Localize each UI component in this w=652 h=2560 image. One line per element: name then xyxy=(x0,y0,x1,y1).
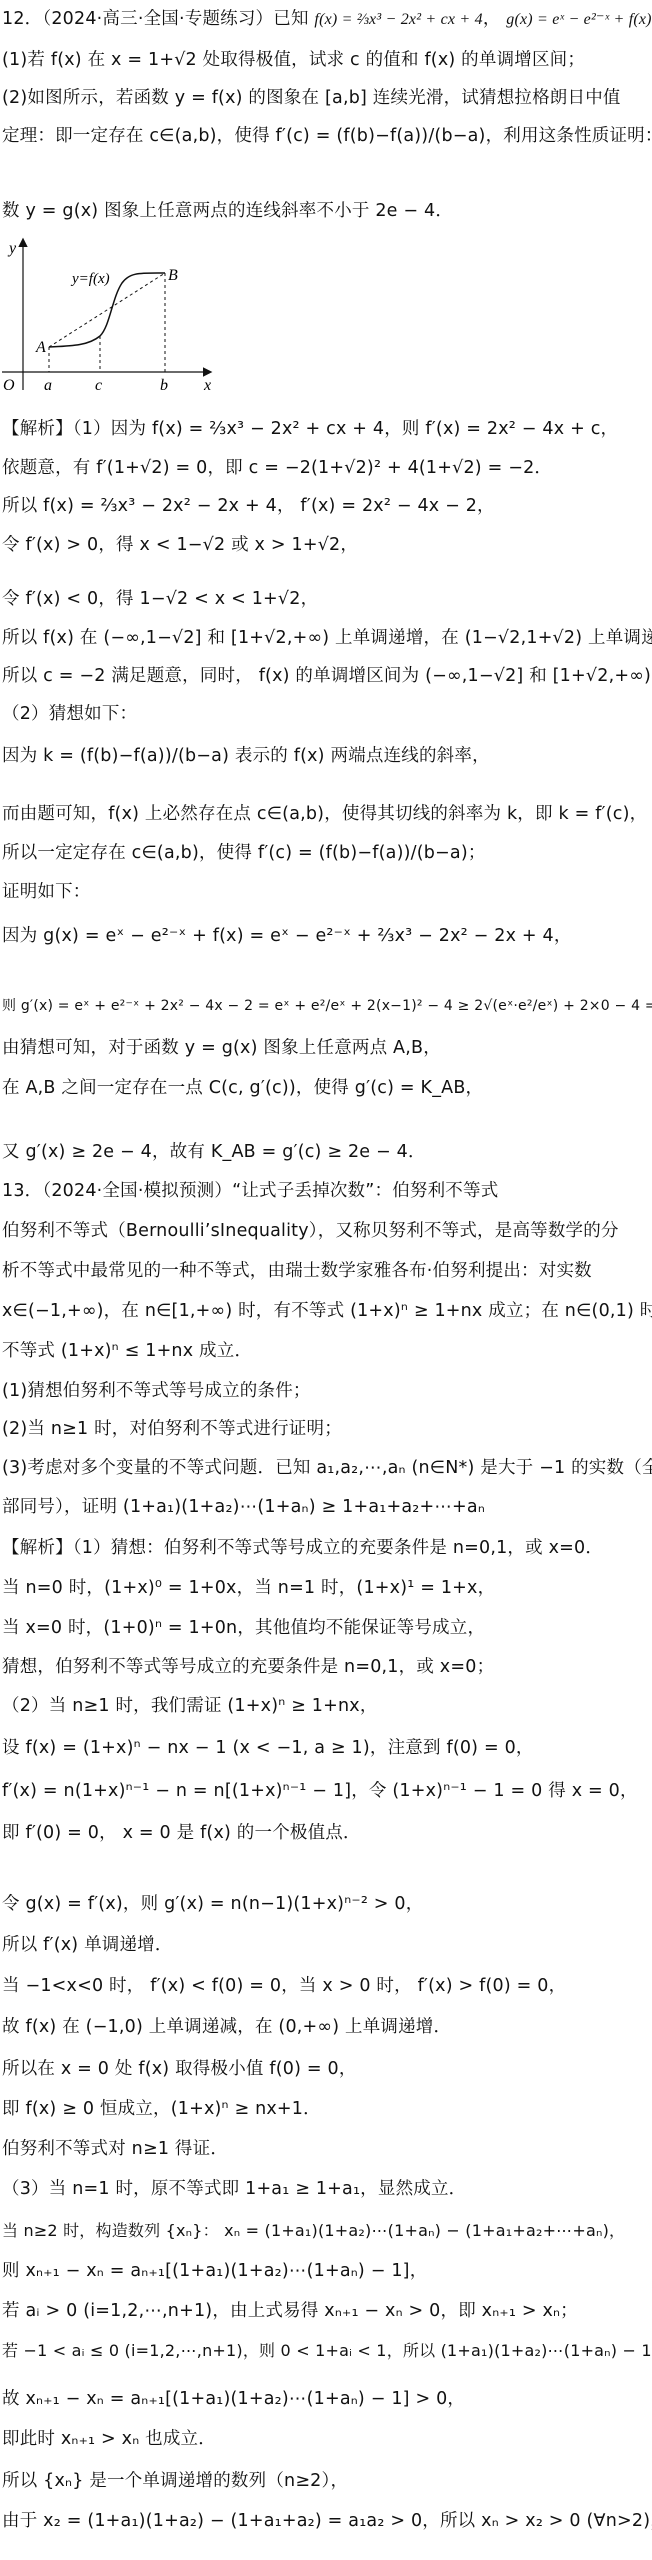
tick-b-label: b xyxy=(160,377,168,393)
solution-13-line: 设 f(x) = (1+x)ⁿ − nx − 1 (x < −1, a ≥ 1)… xyxy=(2,1737,534,1759)
f-definition: f(x) = ⅔x³ − 2x² + cx + 4 xyxy=(314,11,482,28)
problem-13-intro-line: x∈(−1,+∞)，在 n∈[1,+∞) 时，有不等式 (1+x)ⁿ ≥ 1+n… xyxy=(2,1300,652,1322)
question-13: (1)猜想伯努利不等式等号成立的条件； xyxy=(2,1380,311,1402)
solution-13-line: 由于 x₂ = (1+a₁)(1+a₂) − (1+a₁+a₂) = a₁a₂ … xyxy=(2,2510,652,2532)
solution-13-line: 令 g(x) = f′(x)，则 g′(x) = n(n−1)(1+x)ⁿ⁻² … xyxy=(2,1893,423,1915)
solution-13-line: 即 f(x) ≥ 0 恒成立，(1+x)ⁿ ≥ nx+1． xyxy=(2,2098,321,2120)
solution-13-line: 故 f(x) 在 (−1,0) 上单调递减，在 (0,+∞) 上单调递增． xyxy=(2,2016,451,2038)
solution-12-line: 而由题可知，f(x) 上必然存在点 c∈(a,b)，使得其切线的斜率为 k，即 … xyxy=(2,803,647,825)
solution-13-line: 若 −1 < aᵢ ≤ 0 (i=1,2,⋯,n+1)，则 0 < 1+aᵢ <… xyxy=(2,2340,652,2362)
solution-13-line: （2）当 n≥1 时，我们需证 (1+x)ⁿ ≥ 1+nx， xyxy=(2,1695,378,1717)
solution-12-line: 则 g′(x) = eˣ + e²⁻ˣ + 2x² − 4x − 2 = eˣ … xyxy=(2,995,652,1017)
solution-12-line: 因为 g(x) = eˣ − e²⁻ˣ + f(x) = eˣ − e²⁻ˣ +… xyxy=(2,925,572,947)
solution-12-line: 【解析】（1）因为 f(x) = ⅔x³ − 2x² + cx + 4，则 f′… xyxy=(2,418,618,440)
solution-13-line: f′(x) = n(1+x)ⁿ⁻¹ − n = n[(1+x)ⁿ⁻¹ − 1]，… xyxy=(2,1780,638,1802)
solution-13-line: 【解析】（1）猜想：伯努利不等式等号成立的充要条件是 n=0,1，或 x=0． xyxy=(2,1537,603,1559)
solution-12-line: 令 f′(x) < 0，得 1−√2 < x < 1+√2， xyxy=(2,588,318,610)
solution-12-line: （2）猜想如下： xyxy=(2,703,137,725)
solution-13-line: 则 xₙ₊₁ − xₙ = aₙ₊₁[(1+a₁)(1+a₂)⋯(1+aₙ) −… xyxy=(2,2260,427,2282)
solution-13-line: 当 x=0 时，(1+0)ⁿ = 1+0n，其他值均不能保证等号成立， xyxy=(2,1617,485,1639)
solution-12-line: 证明如下： xyxy=(2,881,91,903)
curve-label: y=f(x) xyxy=(70,271,110,287)
g-definition: g(x) = eˣ − e²⁻ˣ + f(x) xyxy=(506,11,651,28)
mean-value-theorem-figure: y x O y=f(x) A B a c b xyxy=(0,228,220,393)
problem-12-header: 12．（2024·高三·全国·专题练习）已知 xyxy=(2,9,309,29)
solution-12-line: 因为 k = (f(b)−f(a))/(b−a) 表示的 f(x) 两端点连线的… xyxy=(2,745,490,767)
x-axis-label: x xyxy=(203,377,211,393)
solution-13-line: 所以 f′(x) 单调递增． xyxy=(2,1934,173,1956)
solution-13-line: 猜想，伯努利不等式等号成立的充要条件是 n=0,1，或 x=0； xyxy=(2,1656,494,1678)
solution-12-line: 令 f′(x) > 0，得 x < 1−√2 或 x > 1+√2， xyxy=(2,534,358,556)
solution-13-line: 所以 {xₙ} 是一个单调递增的数列（n≥2）， xyxy=(2,2470,348,2492)
solution-13-line: 当 n≥2 时，构造数列 {xₙ}： xₙ = (1+a₁)(1+a₂)⋯(1+… xyxy=(2,2220,625,2242)
y-axis-label: y xyxy=(7,240,17,257)
solution-12-line: 所以 f(x) 在 (−∞,1−√2] 和 [1+√2,+∞) 上单调递增，在 … xyxy=(2,627,652,649)
solution-13-line: 即 f′(0) = 0， x = 0 是 f(x) 的一个极值点． xyxy=(2,1822,361,1844)
solution-13-line: （3）当 n=1 时，原不等式即 1+a₁ ≥ 1+a₁，显然成立． xyxy=(2,2178,466,2200)
solution-12-line: 又 g′(x) ≥ 2e − 4，故有 K_AB = g′(c) ≥ 2e − … xyxy=(2,1141,426,1163)
solution-13-line: 当 −1<x<0 时， f′(x) < f(0) = 0，当 x > 0 时， … xyxy=(2,1975,566,1997)
problem-13-intro-line: 伯努利不等式（Bernoulli’sInequality），又称贝努利不等式，是… xyxy=(2,1220,619,1242)
solution-13-line: 当 n=0 时，(1+x)⁰ = 1+0x，当 n=1 时，(1+x)¹ = 1… xyxy=(2,1577,495,1599)
question-12-2-line-1: (2)如图所示，若函数 y = f(x) 的图象在 [a,b] 连续光滑，试猜想… xyxy=(2,87,621,109)
solution-12-line: 在 A,B 之间一定存在一点 C(c, g′(c))，使得 g′(c) = K_… xyxy=(2,1077,483,1099)
question-12-2-line-3: 数 y = g(x) 图象上任意两点的连线斜率不小于 2e − 4． xyxy=(2,200,453,222)
point-b-label: B xyxy=(168,267,178,284)
solution-12-line: 由猜想可知，对于函数 y = g(x) 图象上任意两点 A,B， xyxy=(2,1037,441,1059)
solution-12-line: 所以 f(x) = ⅔x³ − 2x² − 2x + 4， f′(x) = 2x… xyxy=(2,495,495,517)
problem-13-intro-line: 析不等式中最常见的一种不等式，由瑞士数学家雅各布·伯努利提出：对实数 xyxy=(2,1260,592,1282)
question-13: (3)考虑对多个变量的不等式问题．已知 a₁,a₂,⋯,aₙ (n∈N*) 是大… xyxy=(2,1457,652,1479)
solution-12-line: 依题意，有 f′(1+√2) = 0，即 c = −2(1+√2)² + 4(1… xyxy=(2,457,552,479)
problem-13-intro-line: 不等式 (1+x)ⁿ ≤ 1+nx 成立． xyxy=(2,1340,252,1362)
tick-c-label: c xyxy=(95,377,102,393)
question-12-2-line-2: 定理：即一定存在 c∈(a,b)，使得 f′(c) = (f(b)−f(a))/… xyxy=(2,125,652,147)
solution-13-line: 若 aᵢ > 0 (i=1,2,⋯,n+1)，由上式易得 xₙ₊₁ − xₙ >… xyxy=(2,2300,578,2322)
question-13: (2)当 n≥1 时，对伯努利不等式进行证明； xyxy=(2,1418,342,1440)
problem-12-header-line: 12．（2024·高三·全国·专题练习）已知 f(x) = ⅔x³ − 2x² … xyxy=(2,8,652,31)
graph-svg: y x O y=f(x) A B a c b xyxy=(0,228,220,393)
solution-12-line: 所以 c = −2 满足题意，同时， f(x) 的单调增区间为 (−∞,1−√2… xyxy=(2,665,652,687)
question-13: 部同号），证明 (1+a₁)(1+a₂)⋯(1+aₙ) ≥ 1+a₁+a₂+⋯+… xyxy=(2,1496,485,1518)
tick-a-label: a xyxy=(44,377,52,393)
question-12-1: (1)若 f(x) 在 x = 1+√2 处取得极值，试求 c 的值和 f(x)… xyxy=(2,49,585,71)
solution-13-line: 所以在 x = 0 处 f(x) 取得极小值 f(0) = 0， xyxy=(2,2058,357,2080)
point-a-label: A xyxy=(35,339,46,356)
solution-13-line: 即此时 xₙ₊₁ > xₙ 也成立． xyxy=(2,2428,216,2450)
solution-12-line: 所以一定定存在 c∈(a,b)，使得 f′(c) = (f(b)−f(a))/(… xyxy=(2,842,486,864)
solution-13-line: 伯努利不等式对 n≥1 得证． xyxy=(2,2138,228,2160)
origin-label: O xyxy=(3,377,15,393)
problem-13-header: 13．（2024·全国·模拟预测）“让式子丢掉次数”：伯努利不等式 xyxy=(2,1180,498,1202)
solution-13-line: 故 xₙ₊₁ − xₙ = aₙ₊₁[(1+a₁)(1+a₂)⋯(1+aₙ) −… xyxy=(2,2388,465,2410)
